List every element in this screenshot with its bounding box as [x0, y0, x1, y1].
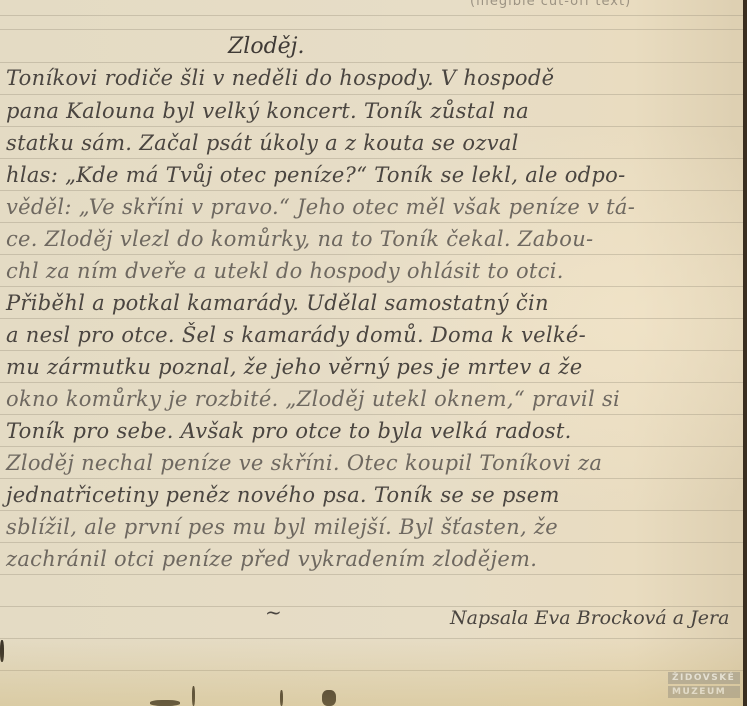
author-signature: Napsala Eva Brocková a Jera: [450, 607, 729, 629]
text-line-2: pana Kalouna byl velký koncert. Toník zů…: [6, 99, 529, 123]
text-line-13: Zloděj nechal peníze ve skříni. Otec kou…: [6, 451, 602, 475]
text-line-10: mu zármutku poznal, že jeho věrný pes je…: [6, 355, 582, 379]
closing-flourish: ~: [265, 600, 282, 624]
ruled-line: [0, 350, 744, 351]
ruled-line: [0, 29, 744, 30]
ruled-line: [0, 446, 744, 447]
ink-stain: [192, 686, 195, 706]
text-line-1: Toníkovi rodiče šli v neděli do hospody.…: [6, 66, 554, 90]
ruled-line: [0, 286, 744, 287]
watermark-line-1: ŽIDOVSKÉ: [668, 672, 740, 684]
ruled-line: [0, 158, 744, 159]
text-line-15: sblížil, ale první pes mu byl milejší. B…: [6, 515, 558, 539]
ruled-line: [0, 542, 744, 543]
ink-stain: [150, 700, 180, 706]
ruled-line: [0, 574, 744, 575]
ruled-line: [0, 670, 744, 671]
ruled-line: [0, 94, 744, 95]
museum-watermark: ŽIDOVSKÉ MUZEUM: [668, 672, 740, 700]
ruled-line: [0, 414, 744, 415]
text-line-6: ce. Zloděj vlezl do komůrky, na to Toník…: [6, 227, 593, 251]
text-line-3: statku sám. Začal psát úkoly a z kouta s…: [6, 131, 519, 155]
ruled-line: [0, 254, 744, 255]
page-edge-shadow: [743, 0, 747, 706]
text-line-7: chl za ním dveře a utekl do hospody ohlá…: [6, 259, 564, 283]
ruled-line: [0, 126, 744, 127]
text-line-5: věděl: „Ve skříni v pravo.“ Jeho otec mě…: [6, 195, 635, 219]
ruled-line: [0, 638, 744, 639]
ruled-line: [0, 478, 744, 479]
ruled-line: [0, 510, 744, 511]
ruled-line: [0, 190, 744, 191]
ruled-line: [0, 318, 744, 319]
ruled-line: [0, 15, 744, 16]
document-title: Zloděj.: [228, 34, 304, 59]
ink-stain: [322, 690, 336, 706]
text-line-14: jednatřicetiny peněz nového psa. Toník s…: [6, 483, 560, 507]
ruled-line: [0, 62, 744, 63]
scanned-page: (illegible cut-off text) Zloděj. Toníkov…: [0, 0, 744, 706]
text-line-4: hlas: „Kde má Tvůj otec peníze?“ Toník s…: [6, 163, 626, 187]
text-line-12: Toník pro sebe. Avšak pro otce to byla v…: [6, 419, 572, 443]
ruled-line: [0, 382, 744, 383]
ruled-line: [0, 222, 744, 223]
header-fragment: (illegible cut-off text): [470, 0, 631, 9]
watermark-line-2: MUZEUM: [668, 686, 740, 698]
text-line-11: okno komůrky je rozbité. „Zloděj utekl o…: [6, 387, 620, 411]
ink-stain: [0, 640, 4, 662]
text-line-16: zachránil otci peníze před vykradením zl…: [6, 547, 537, 571]
text-line-8: Přiběhl a potkal kamarády. Udělal samost…: [6, 291, 549, 315]
ink-stain: [280, 690, 283, 706]
text-line-9: a nesl pro otce. Šel s kamarády domů. Do…: [6, 323, 586, 347]
